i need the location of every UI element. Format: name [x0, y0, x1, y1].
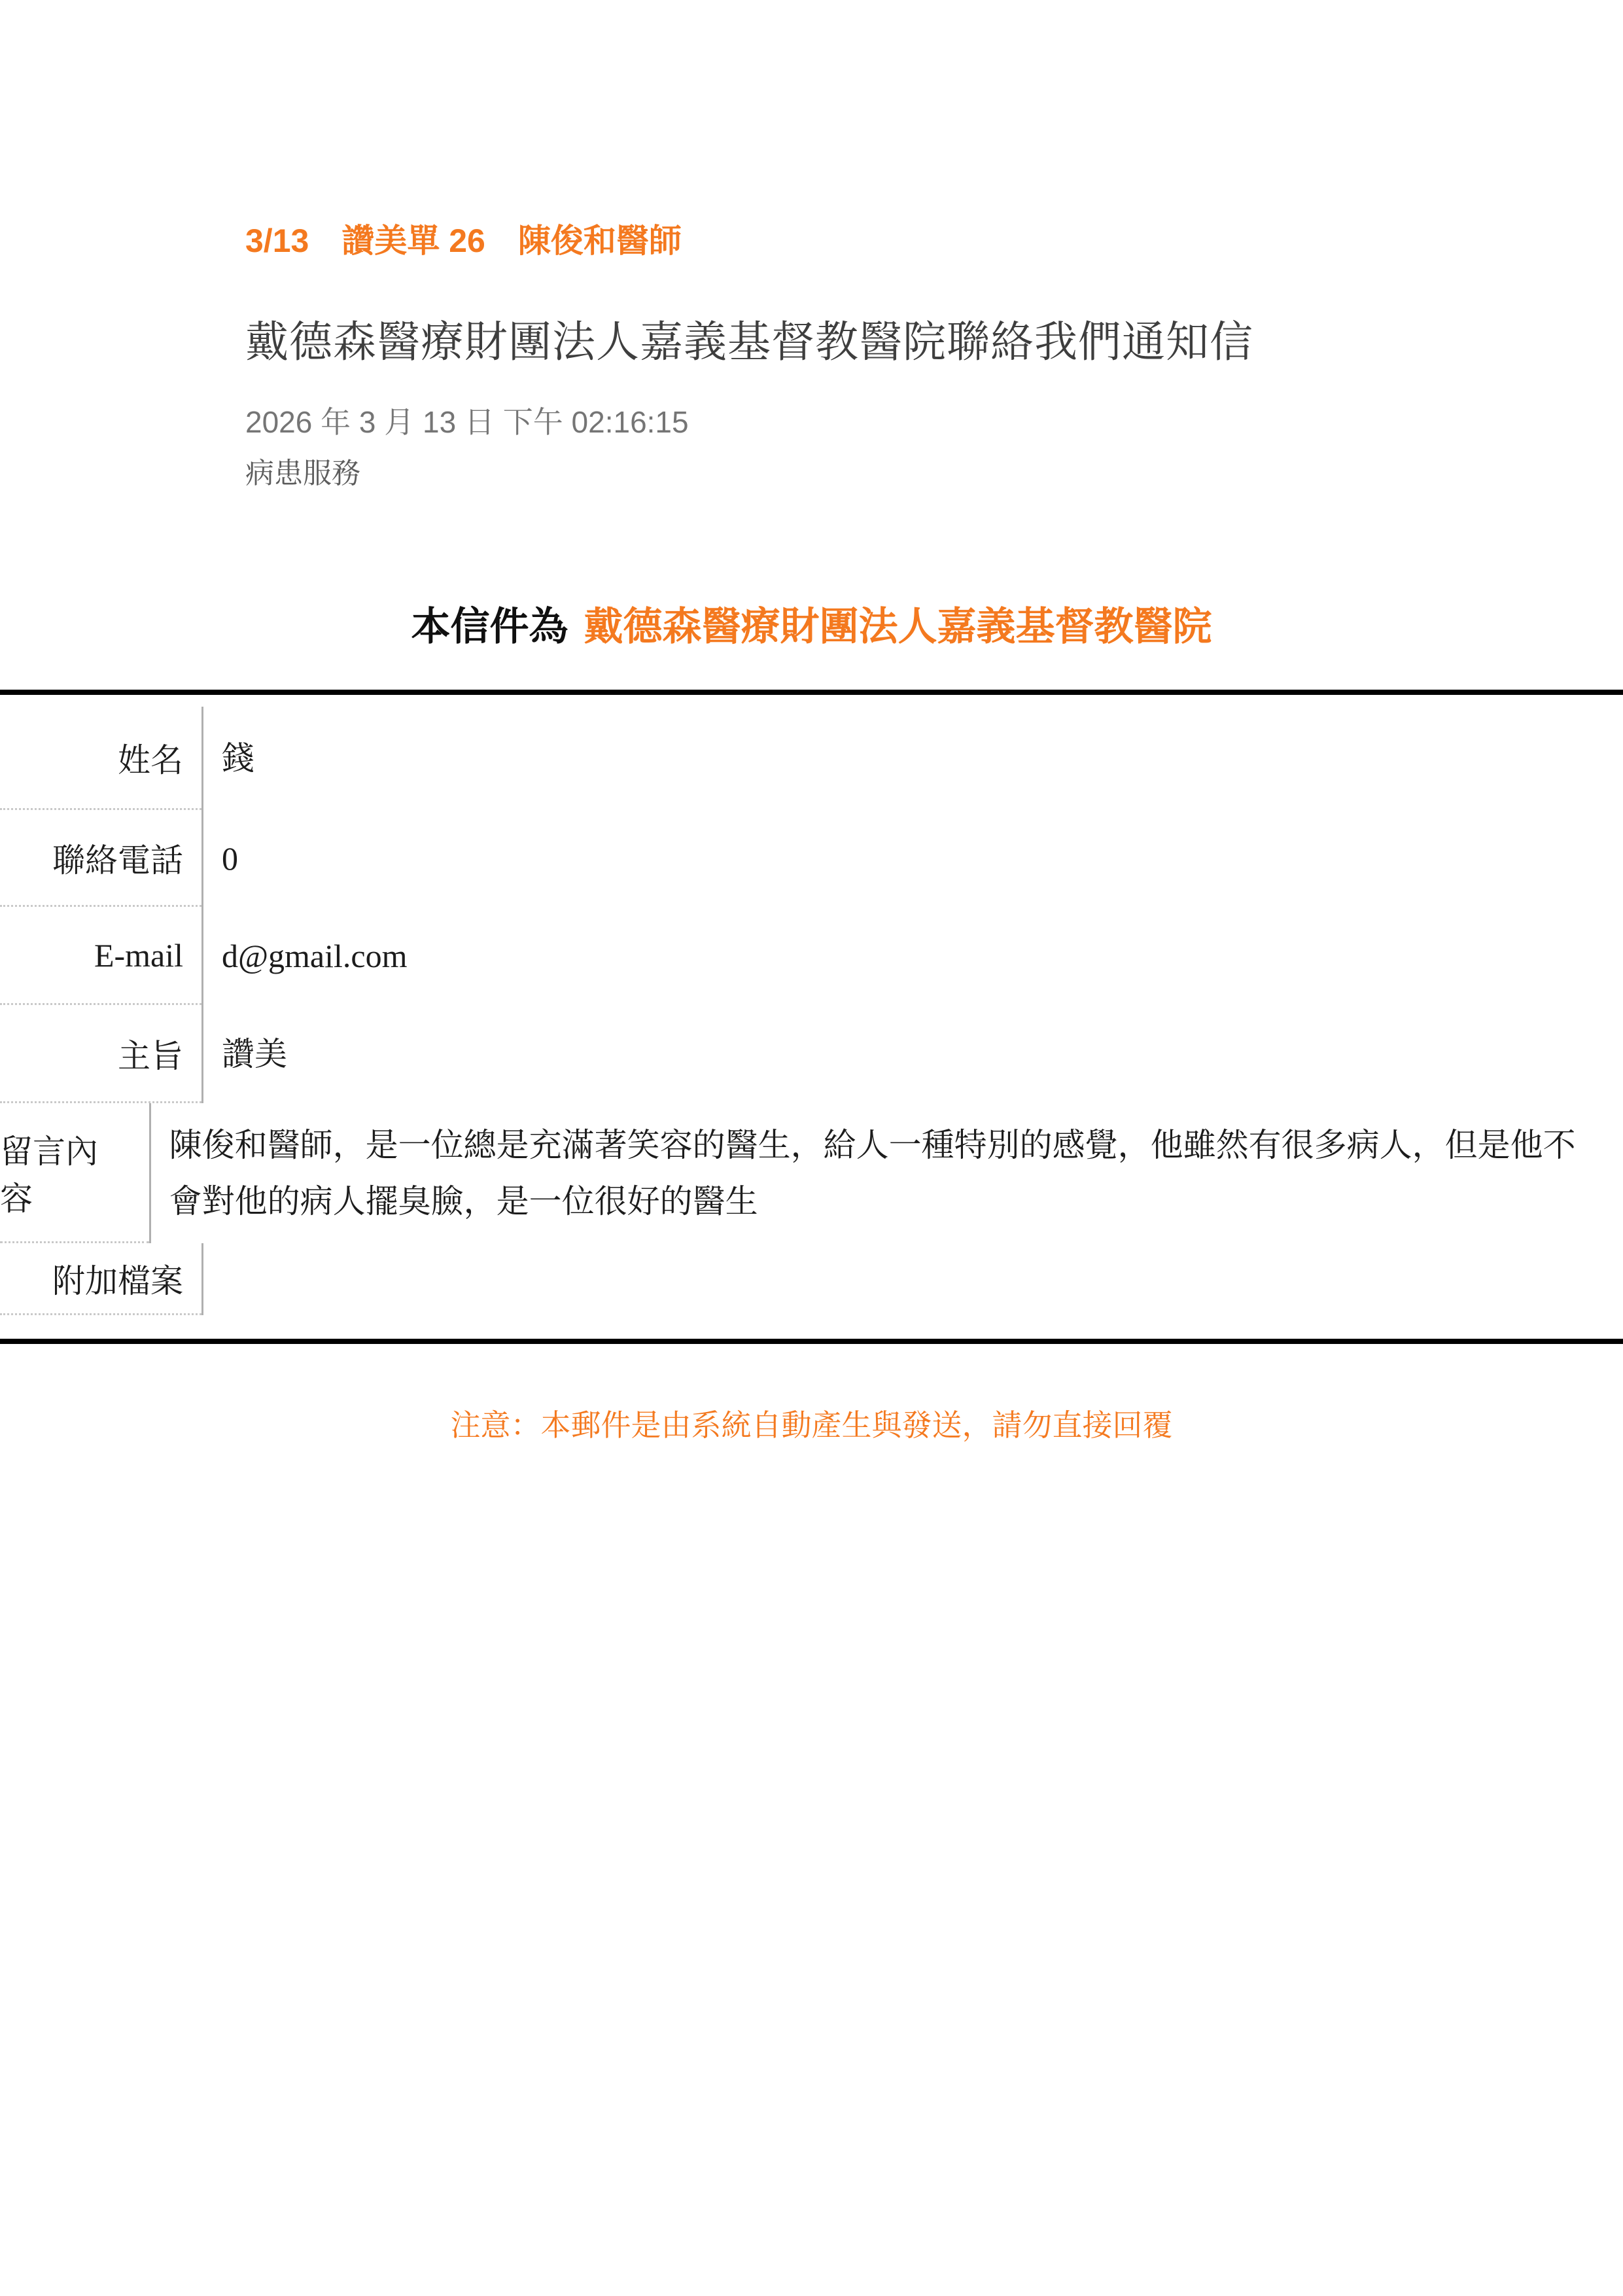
email-notification-page: 3/13 讚美單 26 陳俊和醫師 戴德森醫療財團法人嘉義基督教醫院聯絡我們通知… [0, 0, 1623, 2296]
banner-prefix: 本信件為 [411, 605, 568, 648]
row-phone: 聯絡電話 0 [0, 810, 1623, 907]
divider-bottom [0, 1339, 1623, 1344]
row-email-value: d@gmail.com [201, 907, 1623, 1005]
row-attachment: 附加檔案 [0, 1243, 1623, 1315]
row-phone-label: 聯絡電話 [0, 810, 201, 907]
mail-header: 3/13 讚美單 26 陳俊和醫師 戴德森醫療財團法人嘉義基督教醫院聯絡我們通知… [0, 0, 1623, 491]
row-email: E-mail d@gmail.com [0, 907, 1623, 1005]
row-name-value: 錢 [201, 707, 1623, 810]
divider-top [0, 690, 1623, 695]
row-attachment-label: 附加檔案 [0, 1243, 201, 1315]
mail-datetime: 2026 年 3 月 13 日 下午 02:16:15 [245, 404, 1378, 440]
banner-line: 本信件為戴德森醫療財團法人嘉義基督教醫院 [0, 603, 1623, 650]
row-attachment-value [201, 1243, 1623, 1315]
row-message: 留言內容 陳俊和醫師，是一位總是充滿著笑容的醫生，給人一種特別的感覺，他雖然有很… [0, 1103, 1623, 1243]
mail-subject: 戴德森醫療財團法人嘉義基督教醫院聯絡我們通知信 [245, 317, 1378, 366]
row-phone-value: 0 [201, 810, 1623, 907]
contact-form-table: 姓名 錢 聯絡電話 0 E-mail d@gmail.com 主旨 讚美 留言內… [0, 707, 1623, 1315]
row-name: 姓名 錢 [0, 707, 1623, 810]
row-message-label: 留言內容 [0, 1103, 149, 1243]
row-message-value: 陳俊和醫師，是一位總是充滿著笑容的醫生，給人一種特別的感覺，他雖然有很多病人，但… [149, 1103, 1623, 1243]
report-title: 3/13 讚美單 26 陳俊和醫師 [245, 221, 1378, 260]
row-subject-value: 讚美 [201, 1005, 1623, 1103]
mail-category: 病患服務 [245, 456, 1378, 491]
banner-hospital-name: 戴德森醫療財團法人嘉義基督教醫院 [584, 605, 1212, 648]
system-notice: 注意：本郵件是由系統自動產生與發送，請勿直接回覆 [0, 1407, 1623, 1443]
row-subject: 主旨 讚美 [0, 1005, 1623, 1103]
row-email-label: E-mail [0, 907, 201, 1005]
row-subject-label: 主旨 [0, 1005, 201, 1103]
row-name-label: 姓名 [0, 707, 201, 810]
